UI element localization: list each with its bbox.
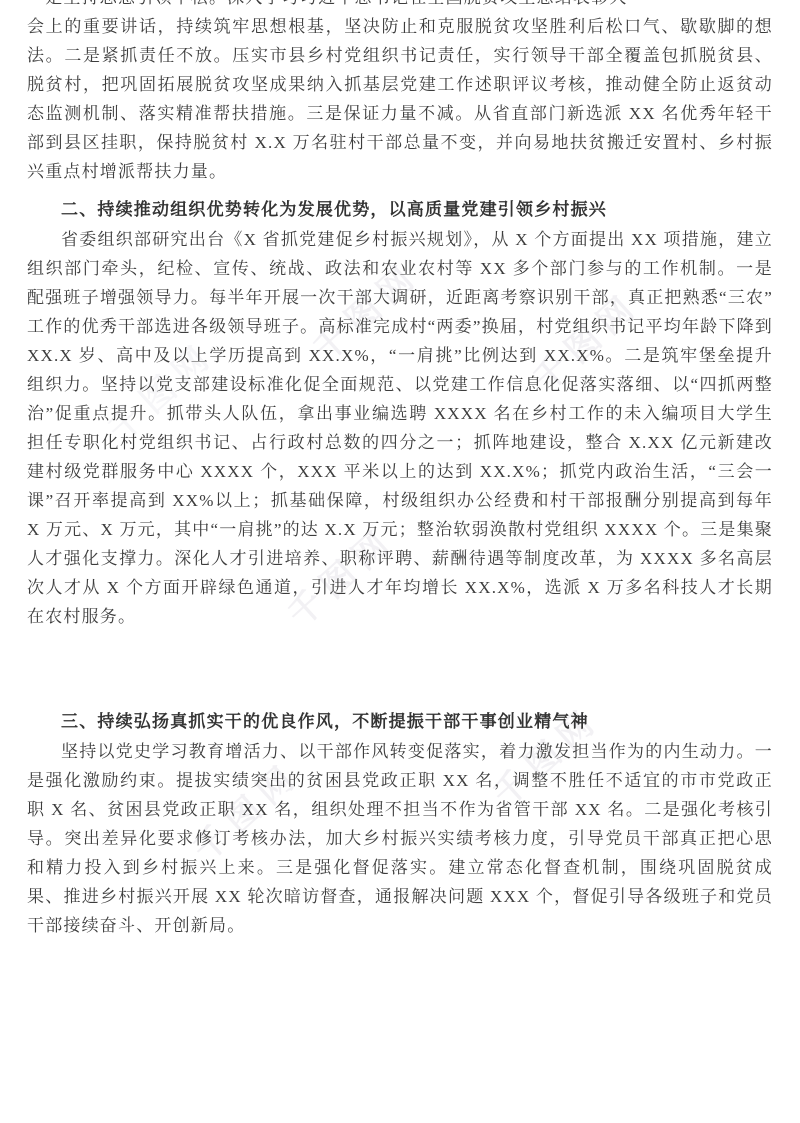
heading-section-2: 二、持续推动组织优势转化为发展优势，以高质量党建引领乡村振兴 [27,195,773,225]
paragraph-section-3: 坚持以党史学习教育增活力、以干部作风转变促落实，着力激发担当作为的内生动力。一是… [27,737,773,940]
paragraph-section-1: 会上的重要讲话，持续筑牢思想根基，坚决防止和克服脱贫攻坚胜利后松口气、歇歇脚的想… [27,12,773,186]
clipped-top-line: 一是坚持思想引领不松。深入学习习近平总书记在全国脱贫攻坚总结表彰大 [27,0,773,12]
paragraph-section-2: 省委组织部研究出台《X 省抓党建促乡村振兴规划》，从 X 个方面提出 XX 项措… [27,225,773,631]
document-page: 千图网 千图网 千图网 千图网 千图网 千图网 一是坚持思想引领不松。深入学习习… [0,0,800,1123]
document-content: 一是坚持思想引领不松。深入学习习近平总书记在全国脱贫攻坚总结表彰大 会上的重要讲… [27,0,773,940]
heading-section-3: 三、持续弘扬真抓实干的优良作风，不断提振干部干事创业精气神 [27,707,773,737]
